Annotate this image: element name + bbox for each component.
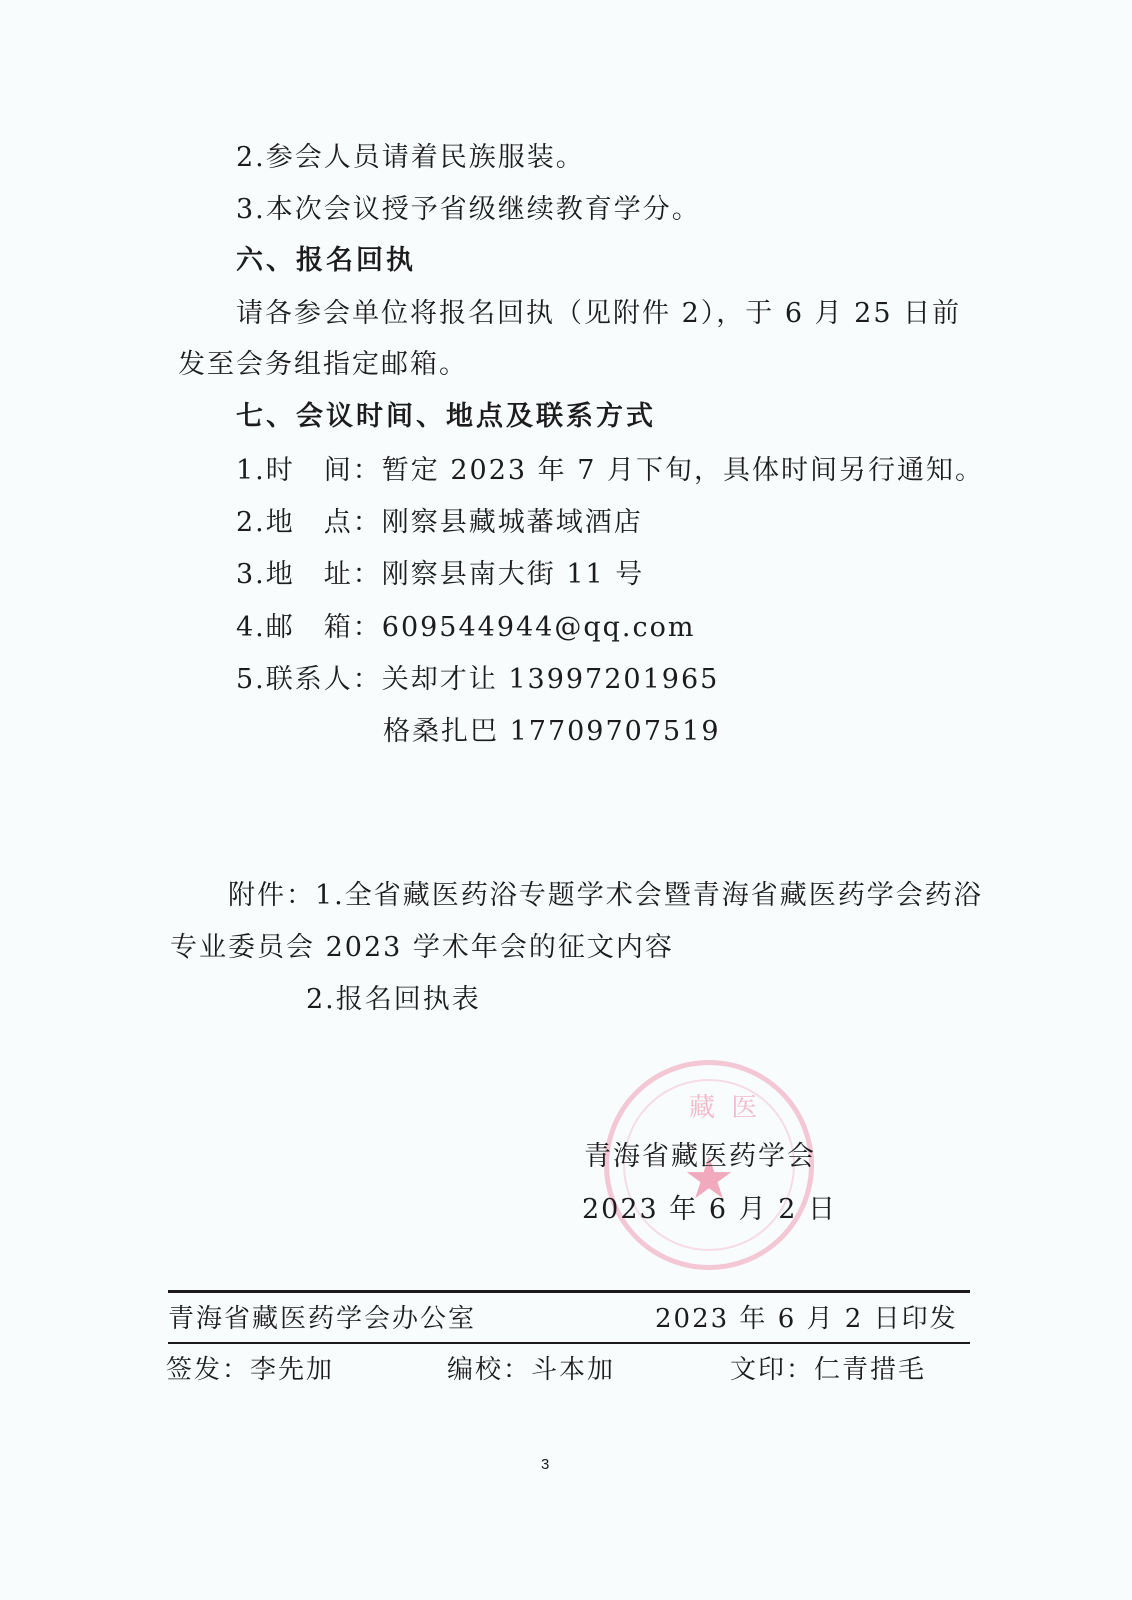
footer-office: 青海省藏医药学会办公室 (168, 1303, 476, 1335)
section-heading-meeting-info: 七、会议时间、地点及联系方式 (236, 401, 656, 433)
contact-person-2: 格桑扎巴 17709707519 (383, 716, 721, 748)
item-dress-code: 2.参会人员请着民族服装。 (236, 142, 585, 174)
meeting-address: 3.地 址：刚察县南大街 11 号 (236, 559, 644, 591)
item-education-credit: 3.本次会议授予省级继续教育学分。 (236, 194, 701, 226)
contact-person-1: 5.联系人：关却才让 13997201965 (236, 664, 719, 696)
attachment-line-3: 2.报名回执表 (306, 984, 481, 1016)
page-number: 3 (541, 1456, 549, 1473)
footer-rule-middle (168, 1342, 970, 1344)
footer-print-date: 2023 年 6 月 2 日印发 (655, 1303, 958, 1335)
meeting-email: 4.邮 箱：609544944@qq.com (236, 612, 696, 644)
footer-rule-top (168, 1290, 970, 1293)
footer-proofreader: 编校：斗本加 (447, 1354, 615, 1386)
footer-typist: 文印：仁青措毛 (730, 1354, 926, 1386)
seal-text: 藏 医 (689, 1087, 761, 1124)
registration-body-line-1: 请各参会单位将报名回执（见附件 2），于 6 月 25 日前 (236, 298, 961, 330)
meeting-venue: 2.地 点：刚察县藏城蕃域酒店 (236, 507, 643, 539)
section-heading-registration: 六、报名回执 (236, 245, 416, 277)
signature-organization: 青海省藏医药学会 (584, 1141, 816, 1173)
footer-issuer: 签发：李先加 (166, 1354, 334, 1386)
signature-date: 2023 年 6 月 2 日 (582, 1194, 837, 1226)
attachment-line-1: 附件：1.全省藏医药浴专题学术会暨青海省藏医药学会药浴 (228, 880, 983, 912)
registration-body-line-2: 发至会务组指定邮箱。 (178, 349, 468, 381)
meeting-time: 1.时 间：暂定 2023 年 7 月下旬，具体时间另行通知。 (236, 455, 984, 487)
attachment-line-2: 专业委员会 2023 学术年会的征文内容 (170, 932, 674, 964)
